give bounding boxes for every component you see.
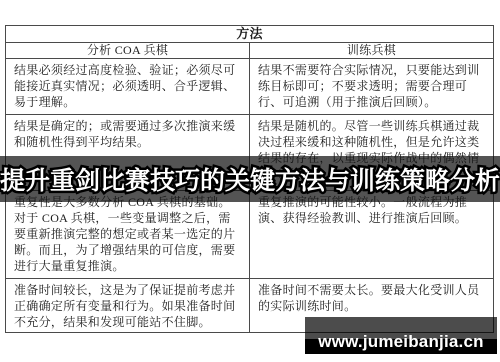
column-header-training: 训练兵棋 xyxy=(250,43,494,59)
cell-analysis-results: 结果必须经过高度检验、验证；必须尽可能接近真实情况；必须透明、合乎逻辑、易于理解… xyxy=(6,59,250,115)
cell-training-results: 结果不需要符合实际情况，只要能达到训练目标即可；不要求透明；需要合理可行、可追溯… xyxy=(250,59,494,115)
cell-analysis-repeatability: 重复性是大多数分析 COA 兵棋的基础。对于 COA 兵棋，一些变量调整之后，需… xyxy=(6,191,250,279)
table-title-row: 方法 xyxy=(6,26,494,43)
cell-training-repeatability: 重复推演的可能性较小。一般流程为推演、获得经验教训、进行推演后回顾。 xyxy=(250,191,494,279)
table-row: 重复性是大多数分析 COA 兵棋的基础。对于 COA 兵棋，一些变量调整之后，需… xyxy=(6,191,494,279)
cell-analysis-preparation: 准备时间较长，这是为了保证提前考虑并正确确定所有变量和行为。如果准备时间不充分，… xyxy=(6,279,250,333)
table-title: 方法 xyxy=(6,26,494,43)
column-header-analysis: 分析 COA 兵棋 xyxy=(6,43,250,59)
watermark-text: www.jumeibanjia.cn xyxy=(318,333,483,354)
table-row: 结果必须经过高度检验、验证；必须尽可能接近真实情况；必须透明、合乎逻辑、易于理解… xyxy=(6,59,494,115)
watermark-badge: www.jumeibanjia.cn xyxy=(305,317,497,354)
title-overlay-band: 提升重剑比赛技巧的关键方法与训练策略分析 xyxy=(0,156,500,202)
column-header-row: 分析 COA 兵棋 训练兵棋 xyxy=(6,43,494,59)
page-title: 提升重剑比赛技巧的关键方法与训练策略分析 xyxy=(0,161,500,197)
